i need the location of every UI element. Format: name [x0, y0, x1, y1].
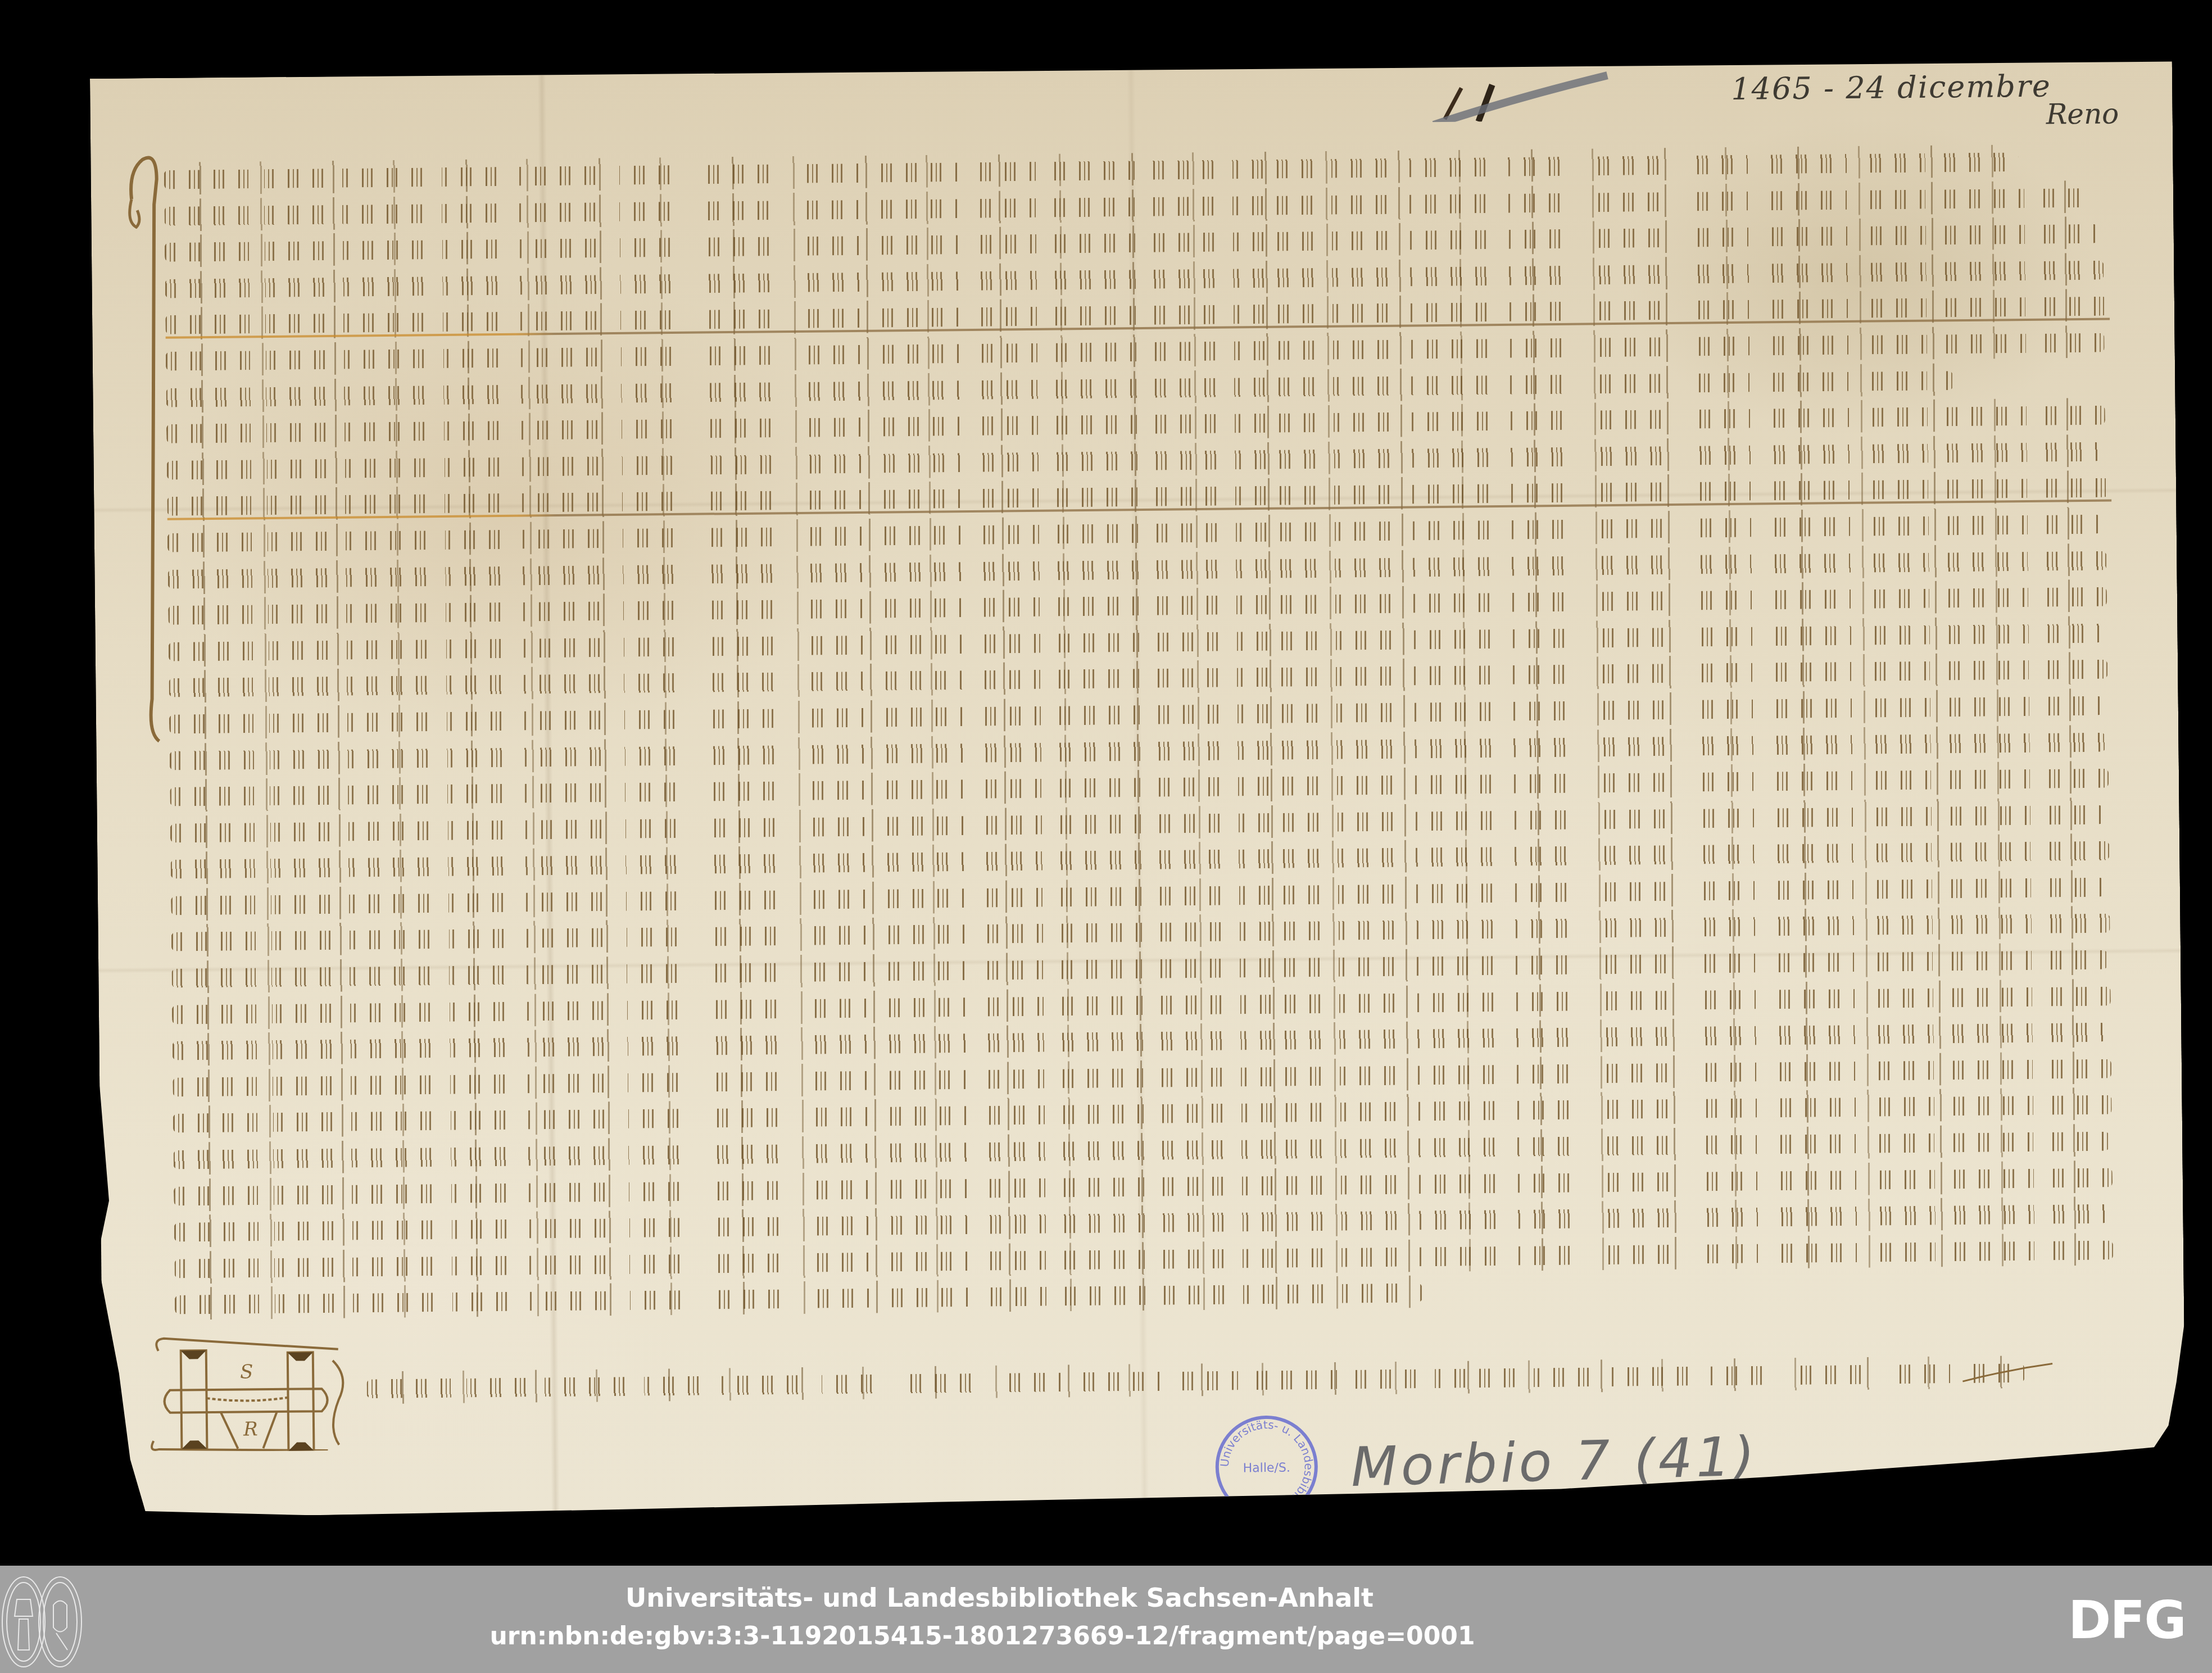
notary-subscription-line [366, 1355, 2024, 1405]
corner-ink-mark: ϱ [98, 1466, 135, 1539]
shelfmark-label: Morbio 7 (41) [1350, 1425, 1758, 1499]
archival-mark-tt [1427, 70, 1619, 122]
dfg-logo: DFG [2068, 1598, 2186, 1643]
library-stamp-icon: Universitäts- u. Landesbibliothek Halle/… [1213, 1413, 1321, 1521]
university-seals-icon [0, 1566, 84, 1673]
parchment-scan: 1465 - 24 dicembre Reno [90, 58, 2186, 1517]
decorated-initial-i [125, 137, 170, 745]
document-viewer[interactable]: 1465 - 24 dicembre Reno [0, 0, 2212, 1566]
svg-text:S: S [240, 1361, 253, 1383]
institution-name: Universitäts- und Landesbibliothek Sachs… [0, 1583, 2212, 1613]
svg-text:R: R [243, 1418, 258, 1440]
svg-text:Halle/S.: Halle/S. [1243, 1461, 1290, 1476]
charter-text-body [164, 144, 2119, 1324]
subscription-flourish [1957, 1346, 2059, 1387]
library-footer: Universitäts- und Landesbibliothek Sachs… [0, 1566, 2212, 1673]
annotation-date: 1465 - 24 dicembre [1731, 69, 2051, 107]
urn-link[interactable]: urn:nbn:de:gbv:3:3-1192015415-1801273669… [0, 1622, 2212, 1651]
notary-signum-icon: S R [135, 1326, 361, 1452]
annotation-place: Reno [2046, 97, 2119, 130]
